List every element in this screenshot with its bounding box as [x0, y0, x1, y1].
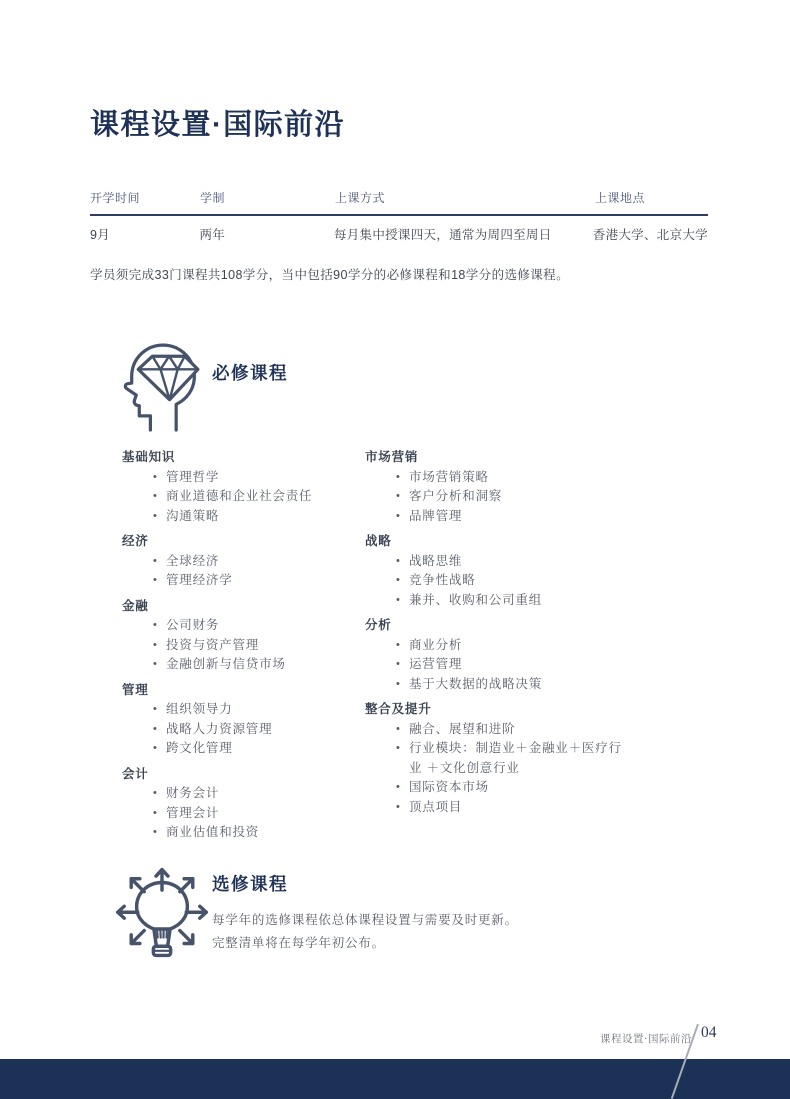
course-list: 全球经济管理经济学: [122, 552, 365, 591]
course-item: 战略思维: [365, 552, 633, 572]
table-header-row: 开学时间 学制 上课方式 上课地点: [90, 189, 708, 214]
course-item: 跨文化管理: [122, 739, 365, 759]
required-courses-columns: 基础知识管理哲学商业道德和企业社会责任沟通策略经济全球经济管理经济学金融公司财务…: [122, 448, 695, 843]
course-list: 财务会计管理会计商业估值和投资: [122, 784, 365, 843]
course-category-heading: 市场营销: [365, 448, 695, 468]
course-item: 基于大数据的战略决策: [365, 675, 633, 695]
lightbulb-radiating-arrows-icon: [108, 862, 216, 970]
course-category-heading: 分析: [365, 616, 695, 636]
course-item: 金融创新与信贷市场: [122, 655, 365, 675]
elective-description: 每学年的选修课程依总体课程设置与需要及时更新。完整清单将在每学年初公布。: [212, 909, 518, 955]
course-item: 国际资本市场: [365, 778, 633, 798]
course-group: 会计财务会计管理会计商业估值和投资: [122, 765, 365, 843]
course-item: 品牌管理: [365, 507, 633, 527]
course-group: 金融公司财务投资与资产管理金融创新与信贷市场: [122, 597, 365, 675]
course-list: 组织领导力战略人力资源管理跨文化管理: [122, 700, 365, 759]
col-header-start-date: 开学时间: [90, 189, 200, 214]
course-category-heading: 战略: [365, 532, 695, 552]
course-category-heading: 会计: [122, 765, 365, 785]
course-group: 基础知识管理哲学商业道德和企业社会责任沟通策略: [122, 448, 365, 526]
course-item: 兼并、收购和公司重组: [365, 591, 633, 611]
course-item: 公司财务: [122, 616, 365, 636]
course-group: 经济全球经济管理经济学: [122, 532, 365, 591]
course-item: 融合、展望和进阶: [365, 720, 633, 740]
value-location: 香港大学、北京大学: [593, 216, 708, 243]
course-list: 战略思维竞争性战略兼并、收购和公司重组: [365, 552, 695, 611]
value-start-date: 9月: [90, 216, 200, 243]
brochure-page: 课程设置·国际前沿 开学时间 学制 上课方式 上课地点 9月 两年 每月集中授课…: [0, 0, 790, 1099]
course-item: 管理经济学: [122, 571, 365, 591]
course-item: 商业估值和投资: [122, 823, 365, 843]
course-category-heading: 经济: [122, 532, 365, 552]
course-list: 公司财务投资与资产管理金融创新与信贷市场: [122, 616, 365, 675]
course-item: 投资与资产管理: [122, 636, 365, 656]
course-category-heading: 整合及提升: [365, 700, 695, 720]
course-list: 融合、展望和进阶行业模块：制造业＋金融业＋医疗行业 ＋文化创意行业国际资本市场顶…: [365, 720, 695, 818]
course-item: 市场营销策略: [365, 468, 633, 488]
course-category-heading: 管理: [122, 681, 365, 701]
value-class-format: 每月集中授课四天，通常为周四至周日: [334, 216, 593, 243]
course-item: 财务会计: [122, 784, 365, 804]
page-title: 课程设置·国际前沿: [90, 102, 345, 143]
course-list: 市场营销策略客户分析和洞察品牌管理: [365, 468, 695, 527]
course-item: 组织领导力: [122, 700, 365, 720]
course-item: 运营管理: [365, 655, 633, 675]
required-courses-left-column: 基础知识管理哲学商业道德和企业社会责任沟通策略经济全球经济管理经济学金融公司财务…: [122, 448, 365, 843]
required-courses-title: 必修课程: [212, 360, 288, 385]
course-item: 竞争性战略: [365, 571, 633, 591]
course-item: 沟通策略: [122, 507, 365, 527]
required-courses-right-column: 市场营销市场营销策略客户分析和洞察品牌管理战略战略思维竞争性战略兼并、收购和公司…: [365, 448, 695, 843]
course-group: 战略战略思维竞争性战略兼并、收购和公司重组: [365, 532, 695, 610]
col-header-duration: 学制: [200, 189, 335, 214]
elective-description-line1: 每学年的选修课程依总体课程设置与需要及时更新。: [212, 913, 518, 927]
course-item: 战略人力资源管理: [122, 720, 365, 740]
course-list: 管理哲学商业道德和企业社会责任沟通策略: [122, 468, 365, 527]
course-item: 行业模块：制造业＋金融业＋医疗行业 ＋文化创意行业: [365, 739, 633, 778]
intro-paragraph: 学员须完成33门课程共108学分，当中包括90学分的必修课程和18学分的选修课程…: [90, 265, 569, 283]
table-value-row: 9月 两年 每月集中授课四天，通常为周四至周日 香港大学、北京大学: [90, 216, 708, 243]
course-item: 客户分析和洞察: [365, 487, 633, 507]
course-group: 市场营销市场营销策略客户分析和洞察品牌管理: [365, 448, 695, 526]
course-item: 管理哲学: [122, 468, 365, 488]
program-info-table: 开学时间 学制 上课方式 上课地点 9月 两年 每月集中授课四天，通常为周四至周…: [90, 189, 708, 243]
course-group: 管理组织领导力战略人力资源管理跨文化管理: [122, 681, 365, 759]
course-category-heading: 金融: [122, 597, 365, 617]
course-item: 顶点项目: [365, 798, 633, 818]
course-category-heading: 基础知识: [122, 448, 365, 468]
elective-courses-title: 选修课程: [212, 871, 288, 896]
footer-page-number: 04: [701, 1024, 717, 1042]
value-duration: 两年: [200, 216, 334, 243]
footer-section-label: 课程设置·国际前沿: [470, 1031, 692, 1046]
course-group: 分析商业分析运营管理基于大数据的战略决策: [365, 616, 695, 694]
col-header-location: 上课地点: [595, 189, 708, 214]
elective-description-line2: 完整清单将在每学年初公布。: [212, 936, 385, 950]
course-item: 全球经济: [122, 552, 365, 572]
course-group: 整合及提升融合、展望和进阶行业模块：制造业＋金融业＋医疗行业 ＋文化创意行业国际…: [365, 700, 695, 817]
col-header-class-format: 上课方式: [335, 189, 595, 214]
course-list: 商业分析运营管理基于大数据的战略决策: [365, 636, 695, 695]
course-item: 管理会计: [122, 804, 365, 824]
head-with-diamond-icon: [112, 336, 209, 433]
course-item: 商业分析: [365, 636, 633, 656]
course-item: 商业道德和企业社会责任: [122, 487, 365, 507]
